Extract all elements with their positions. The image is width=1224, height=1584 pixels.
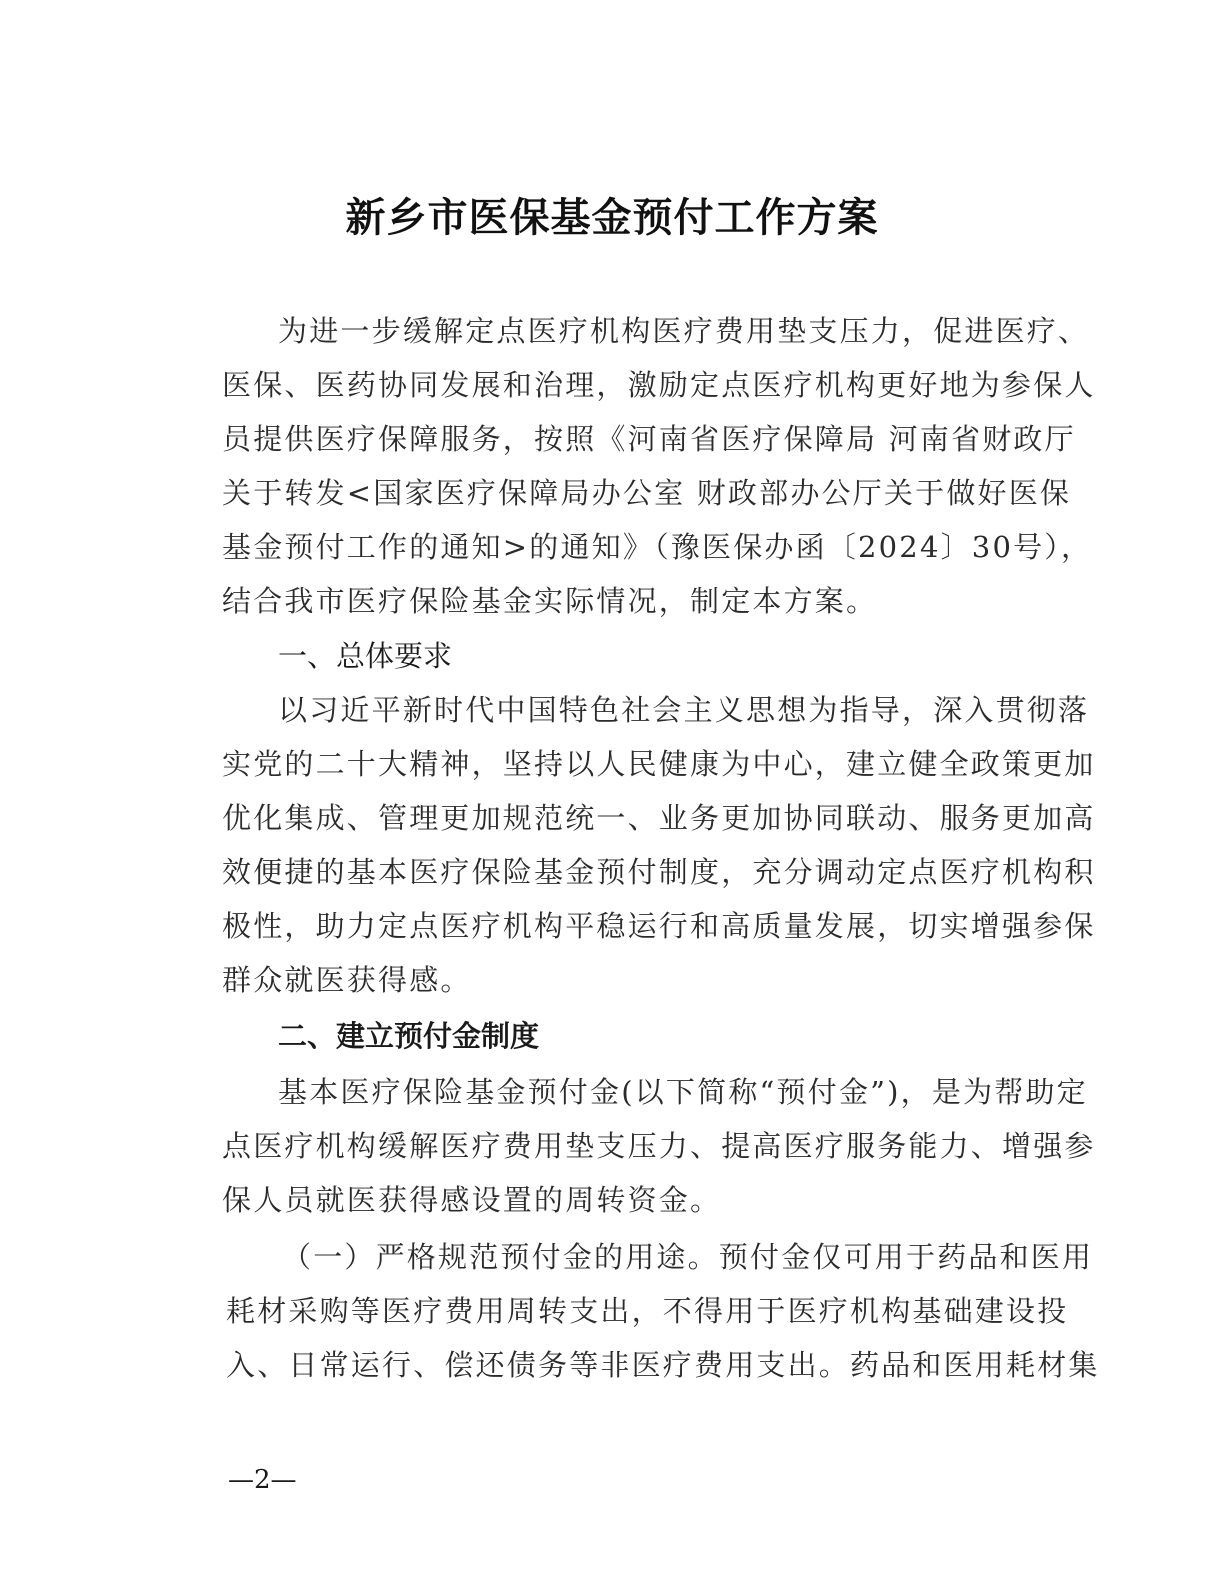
- intro-line: 基金预付工作的通知>的通知》（豫医保办函〔2024〕30号），: [222, 527, 1092, 567]
- section1-line: 效便捷的基本医疗保险基金预付制度，充分调动定点医疗机构积: [222, 852, 1096, 892]
- subsection1-line: 入、日常运行、偿还债务等非医疗费用支出。药品和医用耗材集: [226, 1345, 1100, 1385]
- section2-line: 基本医疗保险基金预付金(以下简称“预付金”)，是为帮助定: [278, 1072, 1088, 1112]
- section1-line: 极性，助力定点医疗机构平稳运行和高质量发展，切实增强参保: [222, 906, 1096, 946]
- document-page: 新乡市医保基金预付工作方案 为进一步缓解定点医疗机构医疗费用垫支压力，促进医疗、…: [0, 0, 1224, 1584]
- section1-line: 实党的二十大精神，坚持以人民健康为中心，建立健全政策更加: [222, 744, 1096, 784]
- section1-line: 以习近平新时代中国特色社会主义思想为指导，深入贯彻落: [278, 690, 1089, 730]
- subsection1-line: （一）严格规范预付金的用途。预付金仅可用于药品和医用: [282, 1237, 1093, 1277]
- intro-line: 结合我市医疗保险基金实际情况，制定本方案。: [222, 581, 877, 621]
- document-title: 新乡市医保基金预付工作方案: [0, 190, 1224, 246]
- page-number: —2—: [228, 1462, 297, 1498]
- intro-line: 关于转发<国家医疗保障局办公室 财政部办公厅关于做好医保: [222, 473, 1071, 513]
- section-heading-general-requirements: 一、总体要求: [278, 636, 452, 676]
- section1-line: 群众就医获得感。: [222, 960, 472, 1000]
- section1-line: 优化集成、管理更加规范统一、业务更加协同联动、服务更加高: [222, 798, 1096, 838]
- intro-line: 员提供医疗保障服务，按照《河南省医疗保障局 河南省财政厅: [222, 419, 1076, 459]
- section2-line: 点医疗机构缓解医疗费用垫支压力、提高医疗服务能力、增强参: [222, 1126, 1096, 1166]
- section-heading-prepayment-system: 二、建立预付金制度: [278, 1016, 539, 1056]
- intro-line: 为进一步缓解定点医疗机构医疗费用垫支压力，促进医疗、: [278, 311, 1089, 351]
- section2-line: 保人员就医获得感设置的周转资金。: [222, 1180, 721, 1220]
- subsection1-line: 耗材采购等医疗费用周转支出，不得用于医疗机构基础建设投: [226, 1291, 1068, 1331]
- intro-line: 医保、医药协同发展和治理，激励定点医疗机构更好地为参保人: [222, 365, 1096, 405]
